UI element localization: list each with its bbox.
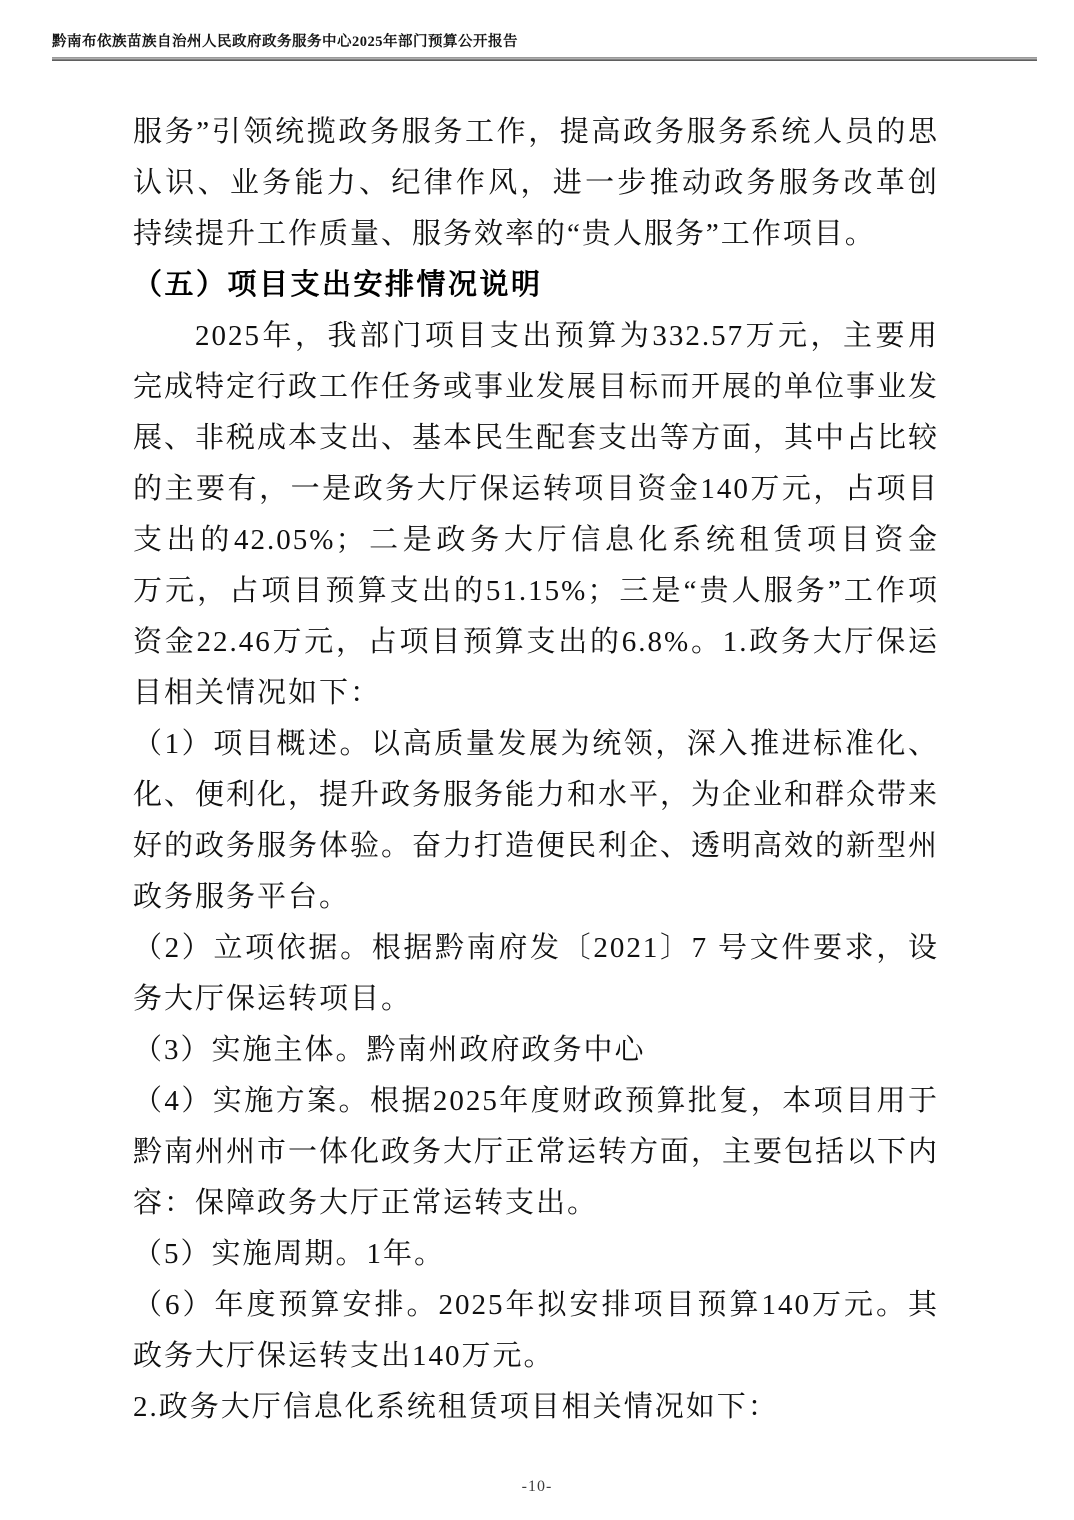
text-line: 持续提升工作质量、服务效率的“贵人服务”工作项目。: [133, 209, 939, 260]
header-rule: [52, 57, 1037, 61]
text-line: 政务大厅保运转支出140万元。: [133, 1331, 939, 1382]
document-body: 服务”引领统揽政务服务工作，提高政务服务系统人员的思想认识、业务能力、纪律作风，…: [133, 107, 939, 1433]
text-line: 2.政务大厅信息化系统租赁项目相关情况如下：: [133, 1382, 939, 1433]
text-line: 认识、业务能力、纪律作风，进一步推动政务服务改革创新，: [133, 158, 939, 209]
text-line: （3）实施主体。黔南州政府政务中心: [133, 1025, 939, 1076]
text-line: 政务服务平台。: [133, 872, 939, 923]
document-header-title: 黔南布依族苗族自治州人民政府政务服务中心2025年部门预算公开报告: [52, 30, 1037, 51]
section-heading: （五）项目支出安排情况说明: [133, 260, 939, 311]
text-line: 黔南州州市一体化政务大厅正常运转方面，主要包括以下内: [133, 1127, 939, 1178]
text-line: 好的政务服务体验。奋力打造便民利企、透明高效的新型州级: [133, 821, 939, 872]
text-line: 展、非税成本支出、基本民生配套支出等方面，其中占比较大: [133, 413, 939, 464]
text-line: 资金22.46万元，占项目预算支出的6.8%。1.政务大厅保运转项: [133, 617, 939, 668]
text-line: 2025年，我部门项目支出预算为332.57万元，主要用于为: [133, 311, 939, 362]
text-line: 的主要有，一是政务大厅保运转项目资金140万元，占项目预算: [133, 464, 939, 515]
text-line: 目相关情况如下：: [133, 668, 939, 719]
text-line: （5）实施周期。1年。: [133, 1229, 939, 1280]
text-line: 化、便利化，提升政务服务能力和水平，为企业和群众带来更: [133, 770, 939, 821]
text-line: 完成特定行政工作任务或事业发展目标而开展的单位事业发: [133, 362, 939, 413]
text-line: 万元，占项目预算支出的51.15%；三是“贵人服务”工作项目: [133, 566, 939, 617]
text-line: 服务”引领统揽政务服务工作，提高政务服务系统人员的思想: [133, 107, 939, 158]
text-line: 务大厅保运转项目。: [133, 974, 939, 1025]
page-number: -10-: [0, 1478, 1074, 1496]
text-line: 容：保障政务大厅正常运转支出。: [133, 1178, 939, 1229]
page-header: 黔南布依族苗族自治州人民政府政务服务中心2025年部门预算公开报告: [52, 30, 1037, 61]
text-line: 支出的42.05%；二是政务大厅信息化系统租赁项目资金170.11: [133, 515, 939, 566]
page: { "page": { "header_title": "黔南布依族苗族自治州人…: [0, 0, 1074, 1520]
text-line: （4）实施方案。根据2025年度财政预算批复，本项目用于保障: [133, 1076, 939, 1127]
text-line: （6）年度预算安排。2025年拟安排项目预算140万元。其中：: [133, 1280, 939, 1331]
text-line: （2）立项依据。根据黔南府发〔2021〕7 号文件要求，设立政: [133, 923, 939, 974]
text-line: （1）项目概述。以高质量发展为统领，深入推进标准化、规范: [133, 719, 939, 770]
